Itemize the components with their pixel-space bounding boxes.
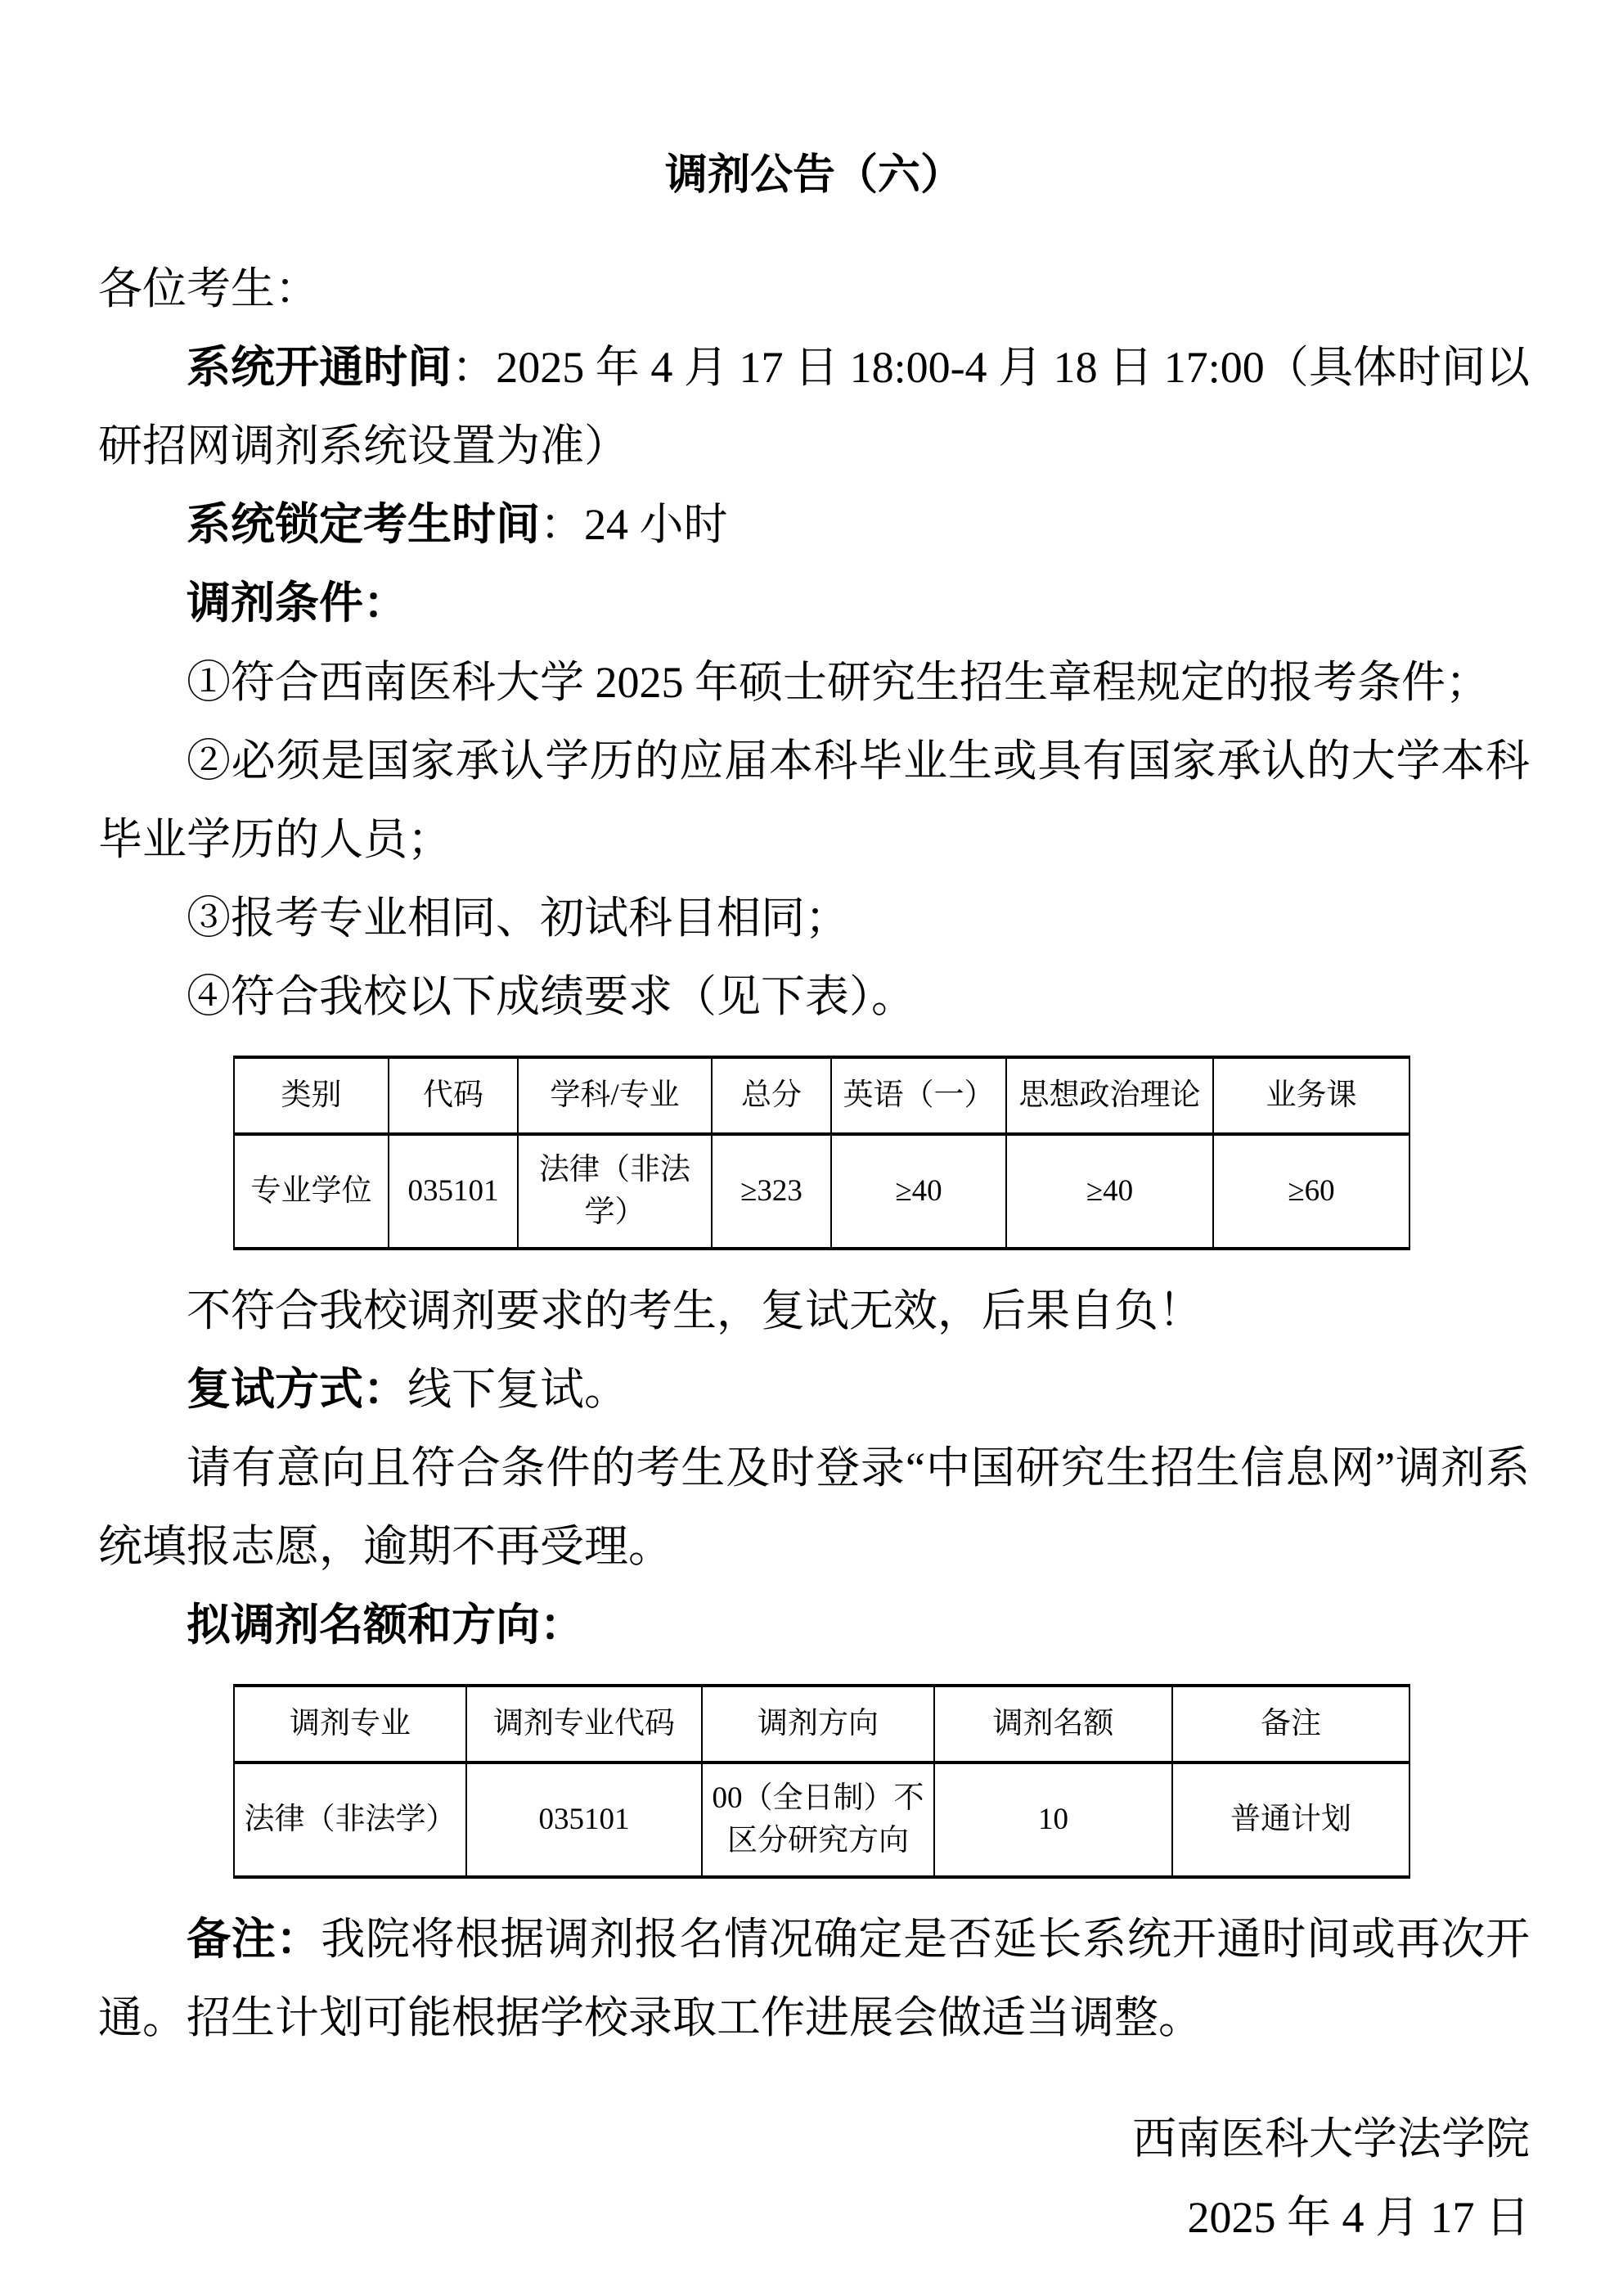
announcement-page: 调剂公告（六） 各位考生： 系统开通时间：2025 年 4 月 17 日 18:… [0,0,1623,2296]
reexam-method-value: 线下复试。 [407,1365,628,1414]
system-lock-time-value: ：24 小时 [540,500,728,549]
para-remarks: 备注：我院将根据调剂报名情况确定是否延长系统开通时间或再次开通。招生计划可能根据… [98,1900,1530,2057]
plan-header-major-code: 调剂专业代码 [466,1686,702,1763]
score-cell-code: 035101 [389,1134,518,1249]
heading-transfer-conditions: 调剂条件： [98,564,1530,642]
plan-cell-remark: 普通计划 [1172,1763,1409,1877]
reexam-method-label: 复试方式： [187,1365,407,1414]
score-cell-category: 专业学位 [234,1134,389,1249]
score-table-data-row: 专业学位 035101 法律（非法学） ≥323 ≥40 ≥40 ≥60 [234,1134,1409,1249]
score-cell-english: ≥40 [831,1134,1006,1249]
transfer-conditions-label: 调剂条件： [187,579,407,628]
transfer-quota-label: 拟调剂名额和方向： [187,1600,584,1650]
plan-table-header-row: 调剂专业 调剂专业代码 调剂方向 调剂名额 备注 [234,1686,1409,1763]
plan-cell-quota: 10 [934,1763,1172,1877]
page-title: 调剂公告（六） [98,149,1530,202]
plan-table-data-row: 法律（非法学） 035101 00（全日制）不区分研究方向 10 普通计划 [234,1763,1409,1877]
score-header-discipline: 学科/专业 [518,1057,712,1134]
system-lock-time-label: 系统锁定考生时间 [187,500,540,549]
score-cell-major-course: ≥60 [1213,1134,1409,1249]
plan-header-remark: 备注 [1172,1686,1409,1763]
signature-org: 西南医科大学法学院 [98,2100,1530,2178]
score-cell-total: ≥323 [712,1134,831,1249]
condition-1: ①符合西南医科大学 2025 年硕士研究生招生章程规定的报考条件； [98,643,1530,722]
plan-header-major: 调剂专业 [234,1686,466,1763]
para-reexam-method: 复试方式：线下复试。 [98,1350,1530,1429]
score-requirements-table: 类别 代码 学科/专业 总分 英语（一） 思想政治理论 业务课 专业学位 035… [233,1056,1410,1250]
para-invalid-warning: 不符合我校调剂要求的考生，复试无效，后果自负！ [98,1272,1530,1350]
score-header-politics: 思想政治理论 [1006,1057,1213,1134]
para-application-notice: 请有意向且符合条件的考生及时登录“中国研究生招生信息网”调剂系统填报志愿，逾期不… [98,1429,1530,1586]
plan-cell-major: 法律（非法学） [234,1763,466,1877]
condition-3: ③报考专业相同、初试科目相同； [98,879,1530,957]
condition-4: ④符合我校以下成绩要求（见下表）。 [98,957,1530,1036]
plan-header-direction: 调剂方向 [702,1686,934,1763]
salutation: 各位考生： [98,250,1530,328]
score-header-code: 代码 [389,1057,518,1134]
score-header-category: 类别 [234,1057,389,1134]
heading-transfer-quota: 拟调剂名额和方向： [98,1586,1530,1664]
para-system-open-time: 系统开通时间：2025 年 4 月 17 日 18:00-4 月 18 日 17… [98,328,1530,485]
plan-cell-major-code: 035101 [466,1763,702,1877]
signature-date: 2025 年 4 月 17 日 [98,2178,1530,2257]
plan-cell-direction: 00（全日制）不区分研究方向 [702,1763,934,1877]
para-system-lock-time: 系统锁定考生时间：24 小时 [98,485,1530,564]
score-header-total: 总分 [712,1057,831,1134]
score-cell-politics: ≥40 [1006,1134,1213,1249]
remarks-label: 备注： [187,1915,321,1964]
score-header-major-course: 业务课 [1213,1057,1409,1134]
score-header-english: 英语（一） [831,1057,1006,1134]
condition-2: ②必须是国家承认学历的应届本科毕业生或具有国家承认的大学本科毕业学历的人员； [98,722,1530,879]
plan-header-quota: 调剂名额 [934,1686,1172,1763]
system-open-time-label: 系统开通时间 [187,343,452,392]
score-table-header-row: 类别 代码 学科/专业 总分 英语（一） 思想政治理论 业务课 [234,1057,1409,1134]
transfer-plan-table: 调剂专业 调剂专业代码 调剂方向 调剂名额 备注 法律（非法学） 035101 … [233,1684,1410,1879]
score-cell-discipline: 法律（非法学） [518,1134,712,1249]
